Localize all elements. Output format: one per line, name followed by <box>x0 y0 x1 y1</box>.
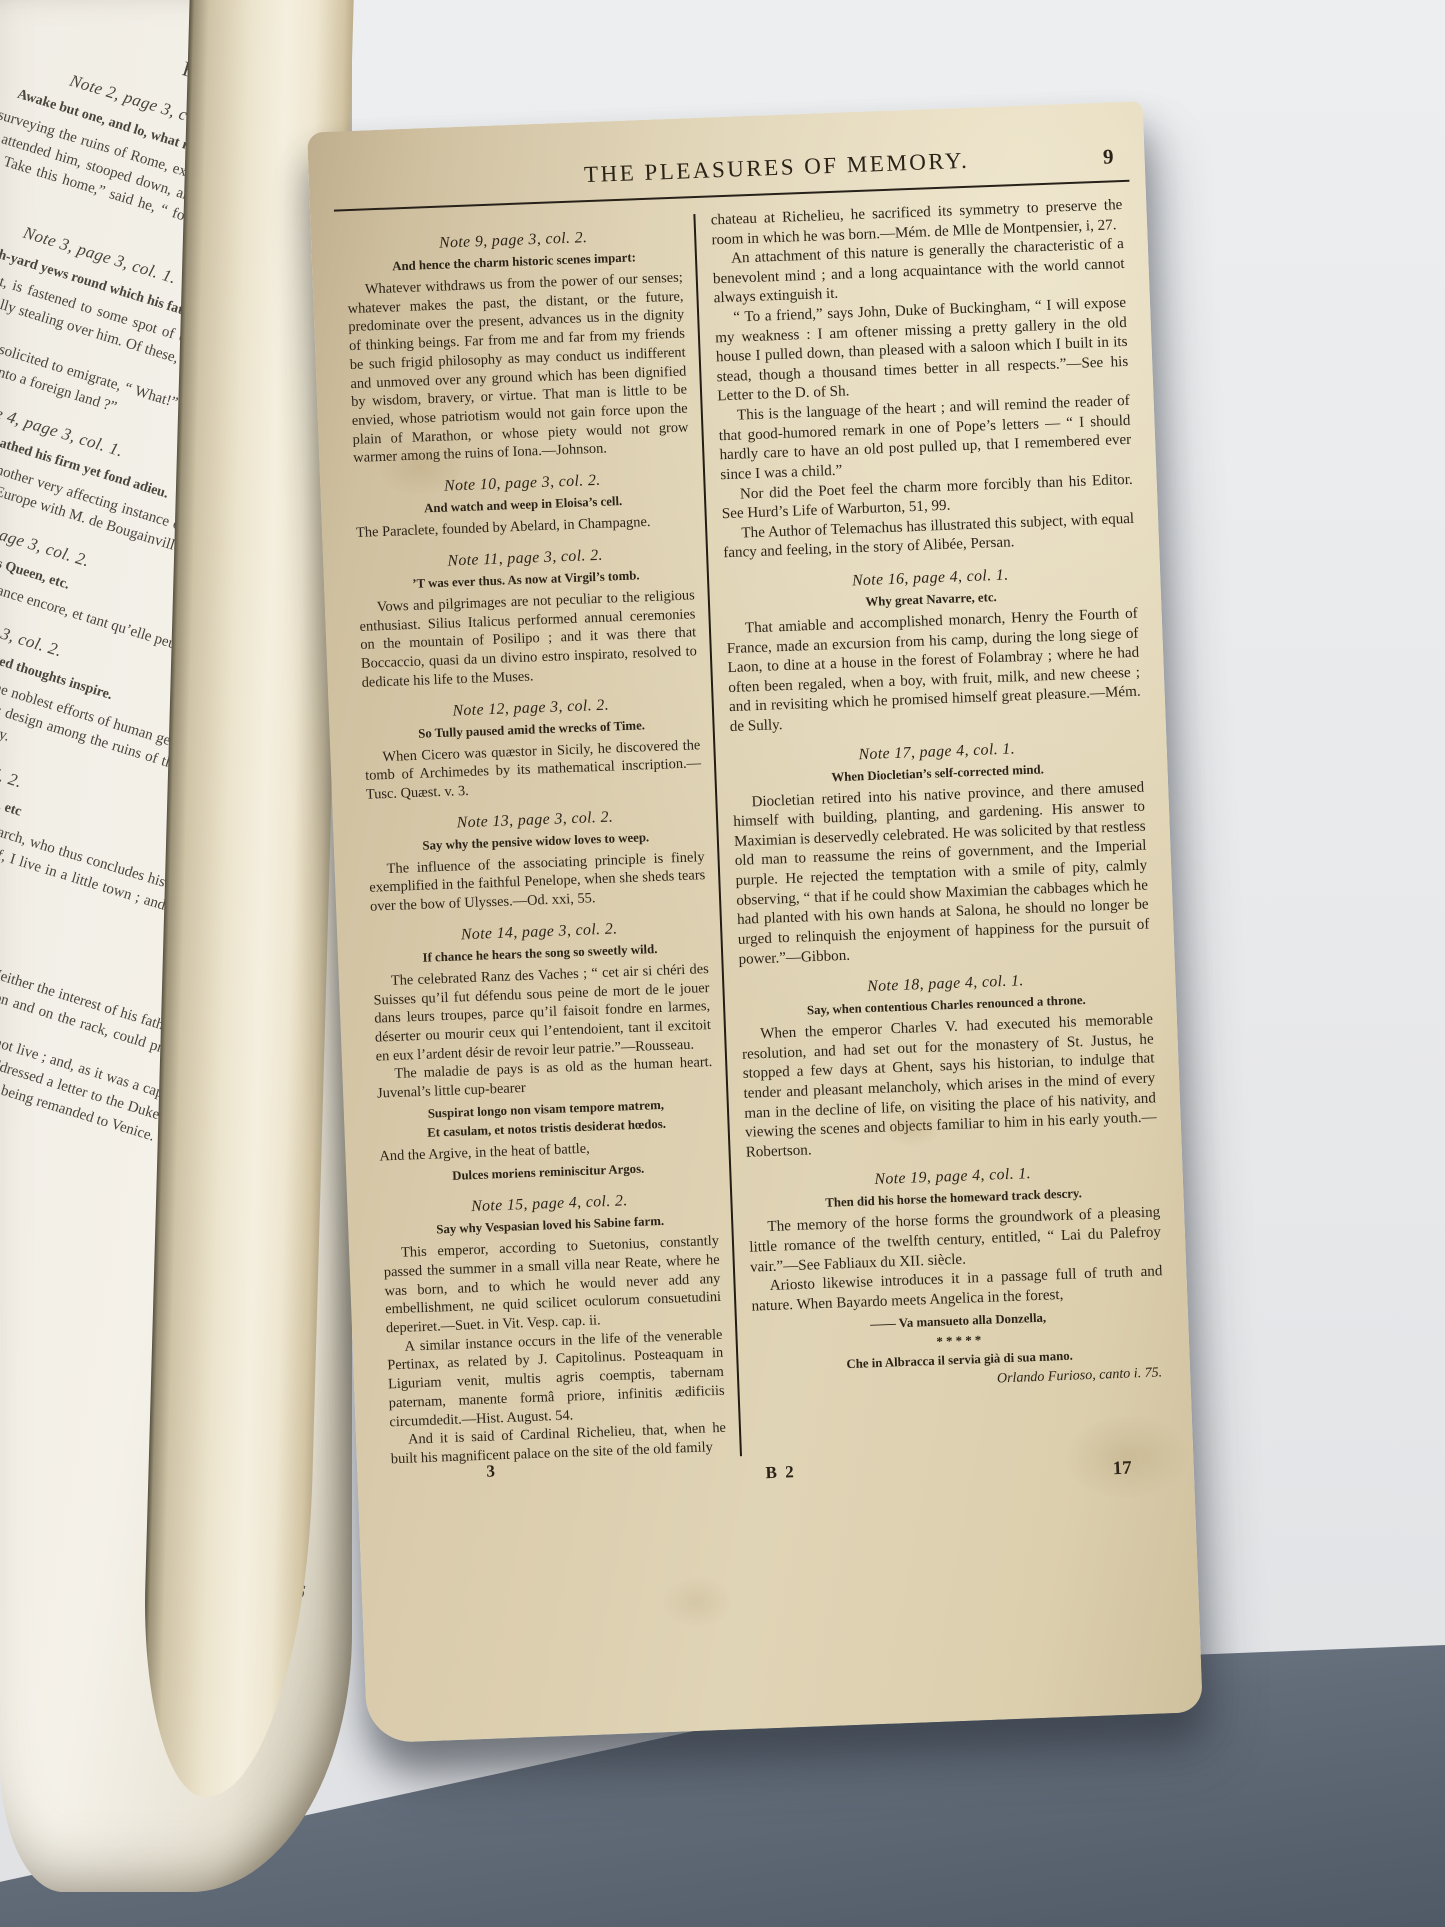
running-title: THE PLEASURES OF MEMORY. <box>584 148 970 187</box>
page-header: THE PLEASURES OF MEMORY. 9 <box>343 142 1121 197</box>
text-block-para: Diocletian retired into his native provi… <box>732 778 1150 970</box>
text-block-para: The celebrated Ranz des Vaches ; “ cet a… <box>373 960 712 1066</box>
text-block-para: Vows and pilgrimages are not peculiar to… <box>359 586 698 692</box>
signature-mark-center: B 2 <box>765 1462 796 1483</box>
text-block-para: “ To a friend,” says John, Duke of Bucki… <box>714 294 1129 407</box>
page-number: 9 <box>1103 144 1115 169</box>
signature-mark-left: 3 <box>486 1461 495 1481</box>
text-block-para: This emperor, according to Suetonius, co… <box>383 1232 722 1338</box>
text-block-para: That amiable and accomplished monarch, H… <box>726 605 1142 738</box>
right-page-content: THE PLEASURES OF MEMORY. 9 Note 9, page … <box>307 101 1203 1743</box>
text-block-para: Whatever withdraws us from the power of … <box>347 269 690 469</box>
bottom-page-number: 17 <box>1112 1457 1132 1480</box>
column-1: Note 9, page 3, col. 2.And hence the cha… <box>345 212 740 1469</box>
text-block-para: A similar instance occurs in the life of… <box>386 1326 725 1432</box>
column-2: chateau at Richelieu, he sacrificed its … <box>695 196 1168 1456</box>
text-columns: Note 9, page 3, col. 2.And hence the cha… <box>345 196 1169 1469</box>
text-block-para: When the emperor Charles V. had executed… <box>741 1011 1158 1164</box>
text-block-para: The influence of the associating princip… <box>368 848 706 917</box>
right-page: THE PLEASURES OF MEMORY. 9 Note 9, page … <box>307 101 1203 1743</box>
text-block-para: When Cicero was quæstor in Sicily, he di… <box>364 736 702 805</box>
